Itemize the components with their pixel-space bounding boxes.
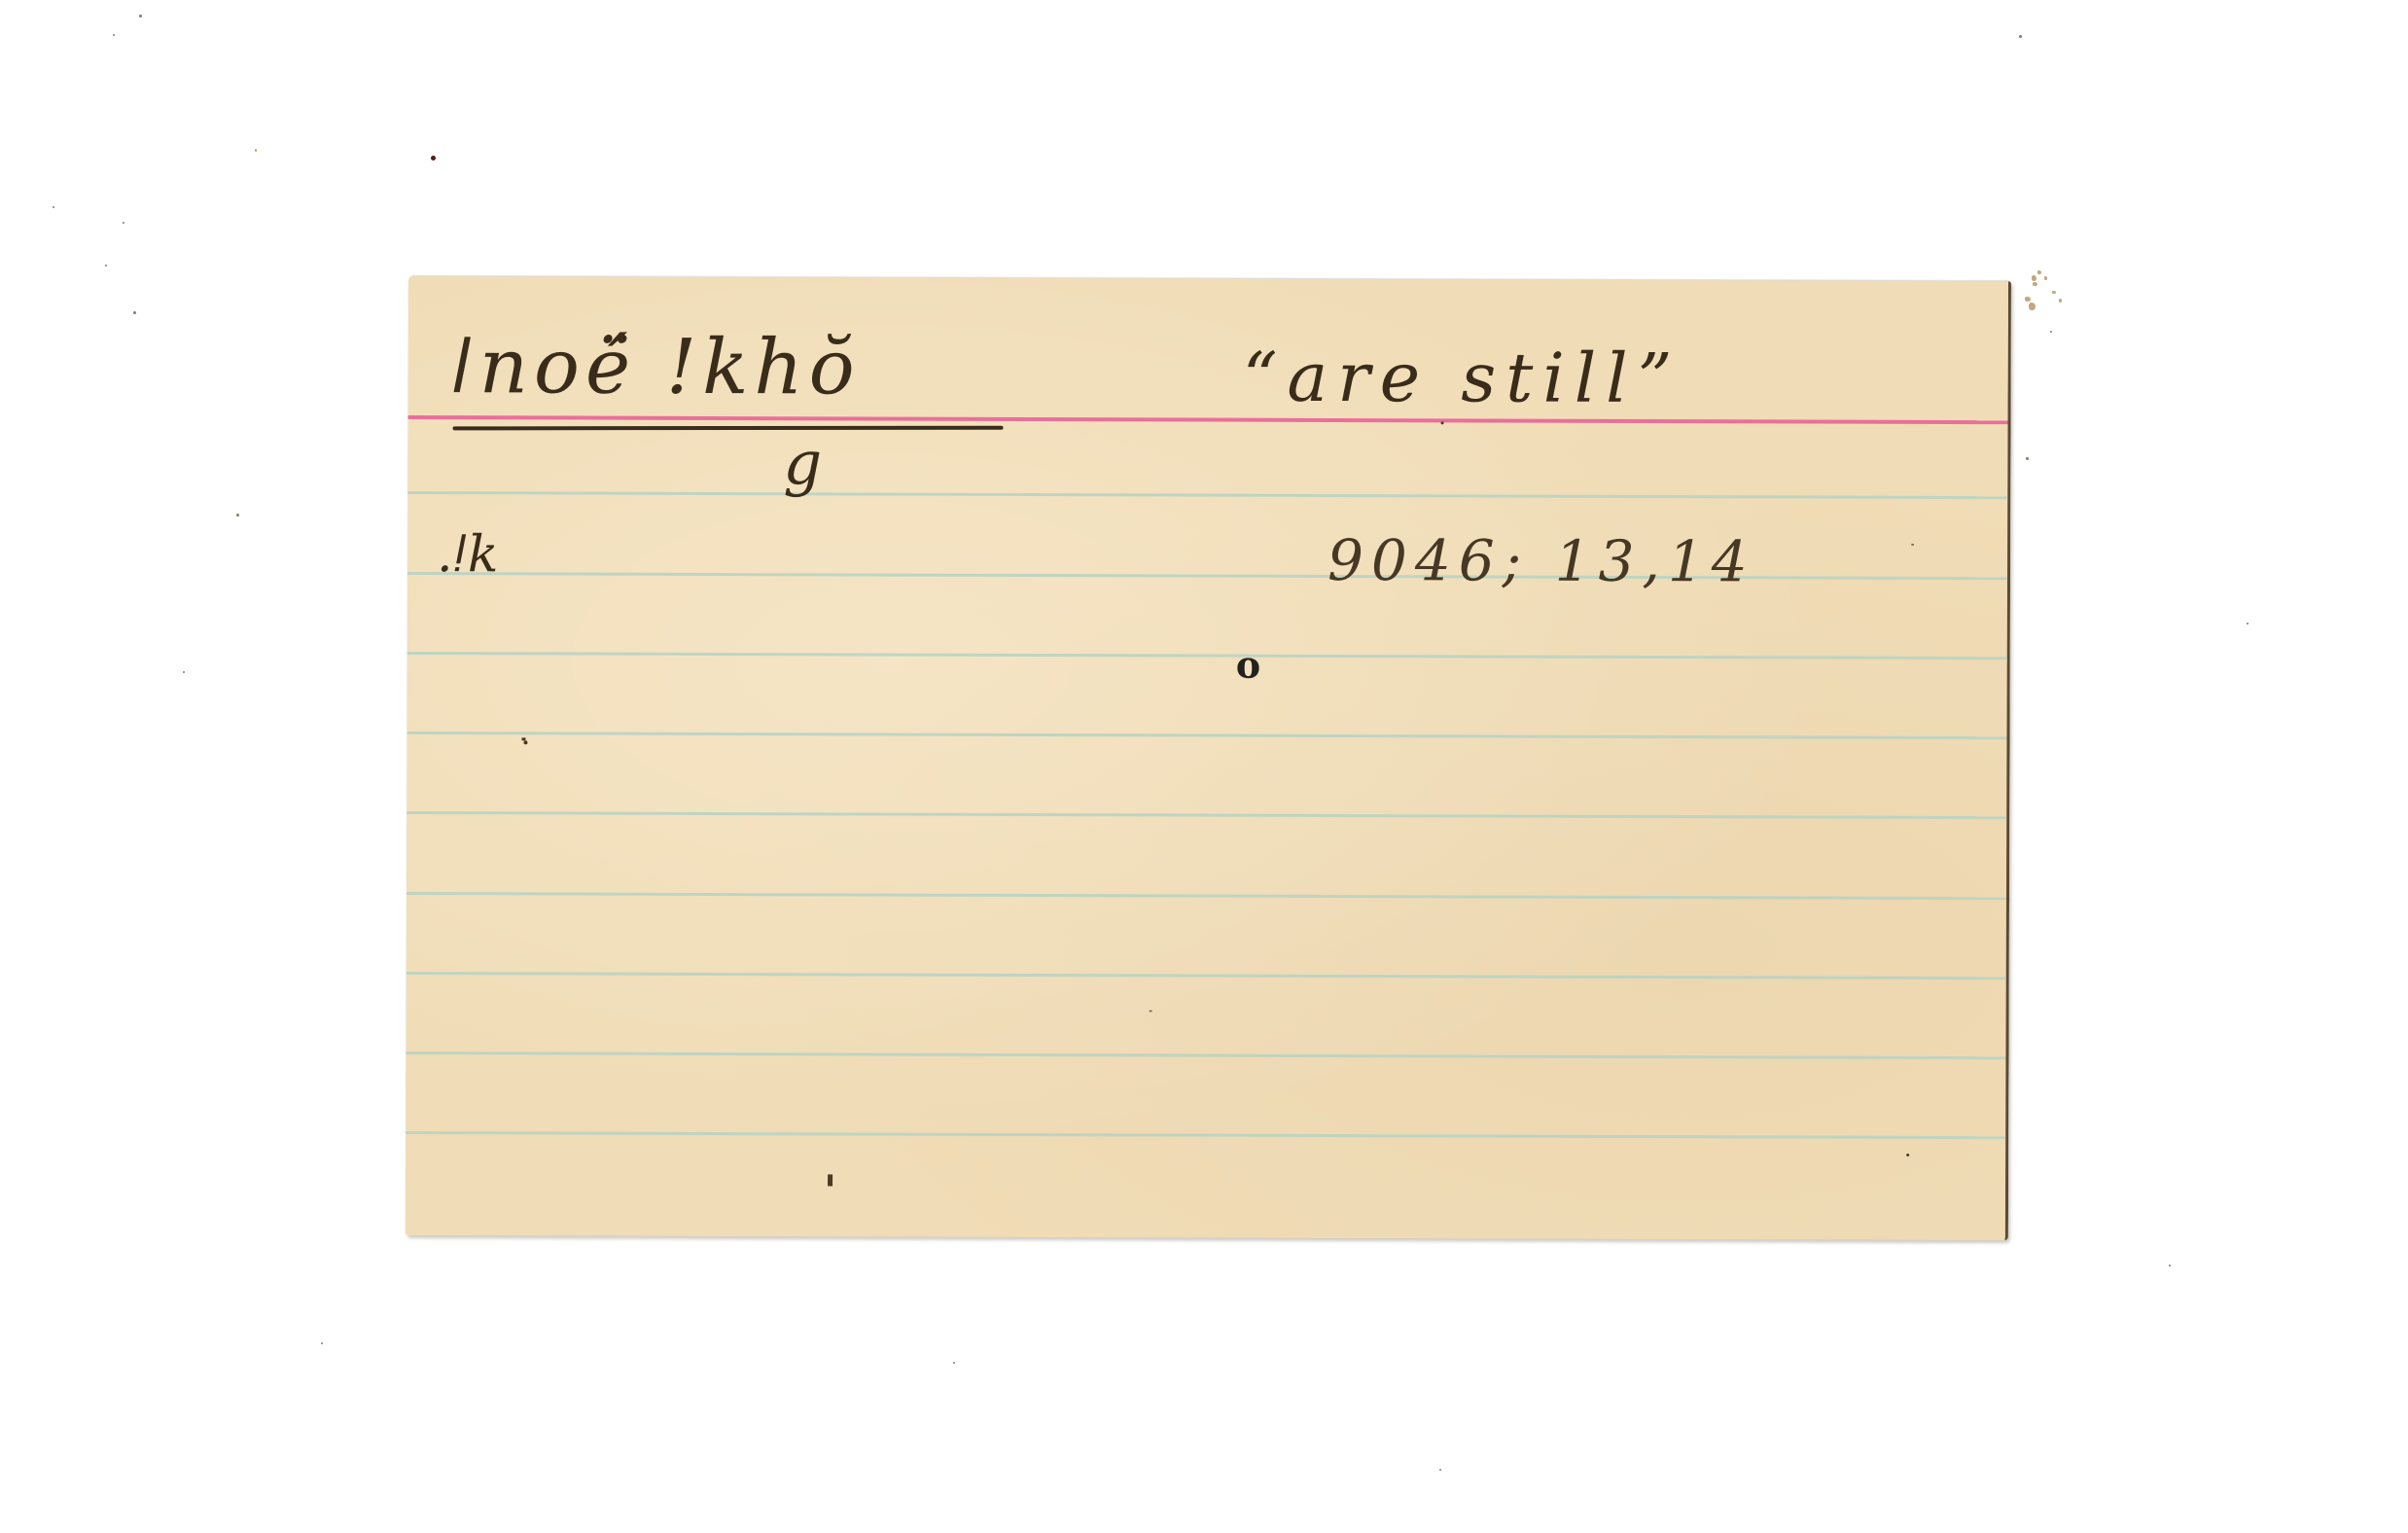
ink-blot (1911, 544, 1914, 546)
dust-speck (105, 265, 107, 267)
dust-speck (431, 156, 436, 160)
ink-blot (828, 1174, 832, 1186)
ink-blot (1150, 1010, 1152, 1012)
paper-crumb (2029, 303, 2036, 310)
body-rule (407, 491, 2007, 499)
paper-crumb (2052, 291, 2056, 294)
reference-label: .ǃk (437, 529, 499, 580)
dust-speck (183, 671, 185, 673)
dust-speck (2026, 457, 2029, 460)
body-rule (406, 1052, 2005, 1059)
dust-speck (953, 1362, 955, 1364)
body-rule (407, 892, 2006, 900)
pencil-mark: o (1236, 647, 1260, 684)
ink-blot (1906, 1154, 1909, 1157)
dust-speck (113, 34, 115, 36)
paper-crumb (2037, 270, 2041, 274)
paper-crumb (2044, 276, 2047, 280)
body-rule (407, 652, 2007, 660)
gloss: “are still” (1243, 343, 1682, 412)
dust-speck (2050, 331, 2052, 333)
dust-speck (133, 311, 136, 314)
dust-speck (1439, 1469, 1441, 1471)
body-rule (406, 1131, 2005, 1139)
ink-blot (1441, 421, 1444, 424)
dust-speck (2019, 35, 2022, 38)
dust-speck (236, 514, 239, 517)
ink-blot (523, 740, 527, 744)
headword-subscript: g (783, 433, 822, 493)
paper-crumb (2059, 299, 2062, 303)
header-rule (408, 415, 2008, 424)
paper-crumb (2032, 275, 2036, 281)
paper-crumb (2025, 297, 2031, 302)
headword-underline (453, 426, 1004, 431)
dust-speck (2169, 1265, 2171, 1266)
headword: ǀnoë́ !khŏ (451, 329, 861, 406)
dust-speck (321, 1342, 323, 1344)
reference-number: 9046; 13,14 (1328, 532, 1755, 589)
body-rule (407, 972, 2006, 980)
dust-speck (53, 206, 54, 208)
dust-speck (123, 222, 124, 224)
body-rule (407, 572, 2007, 580)
dust-speck (2247, 623, 2249, 624)
dust-speck (255, 149, 257, 152)
index-card: ǀnoë́ !khŏ g “are still” .ǃk 9046; 13,14… (406, 276, 2011, 1240)
body-rule (407, 811, 2006, 819)
paper-crumb (2033, 282, 2037, 286)
dust-speck (139, 15, 142, 18)
body-rule (407, 731, 2007, 739)
